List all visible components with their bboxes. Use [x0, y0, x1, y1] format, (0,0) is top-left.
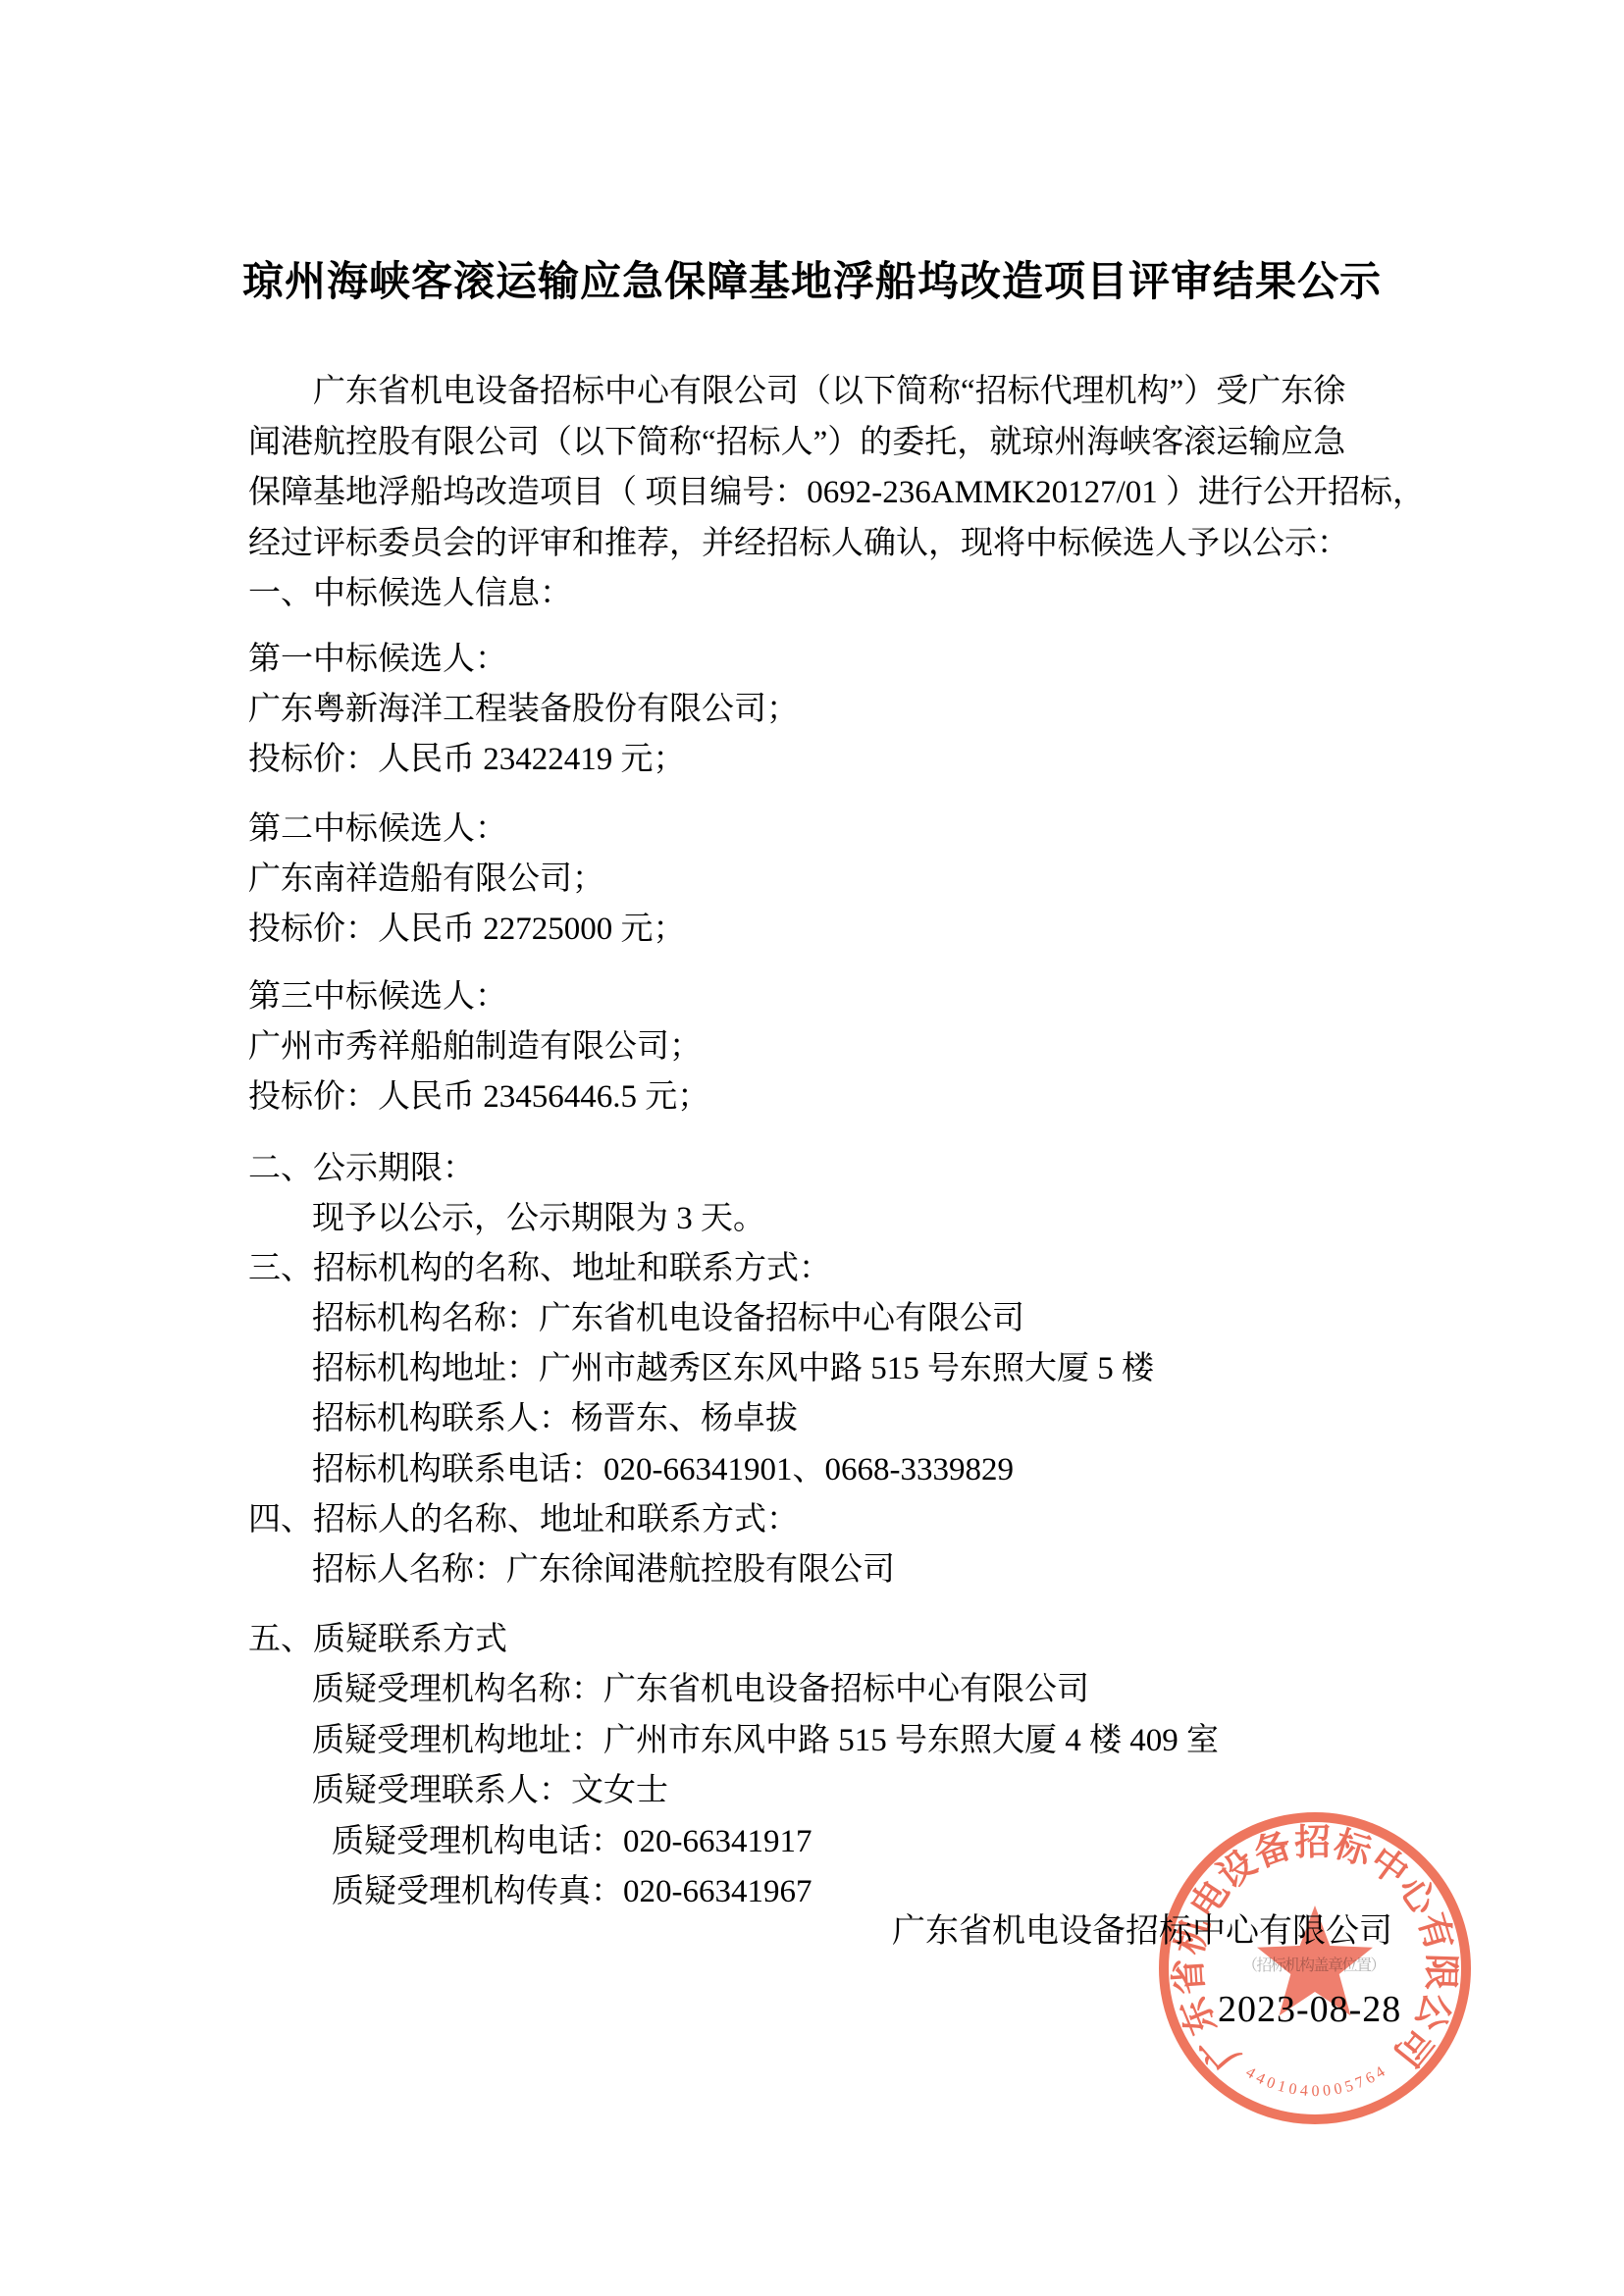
stamp-serial: 4401040005764 [1243, 2061, 1391, 2100]
query-org-name-line: 质疑受理机构名称：广东省机电设备招标中心有限公司 [248, 1665, 1465, 1715]
section2-heading: 二、公示期限： [248, 1144, 1465, 1194]
signature-date: 2023-08-28 [1218, 1988, 1401, 2031]
agency-contact-line: 招标机构联系人：杨晋东、杨卓拔 [248, 1394, 1465, 1444]
candidate-company: 广东南祥造船有限公司； [248, 855, 1465, 905]
tenderee-name-line: 招标人名称：广东徐闻港航控股有限公司 [248, 1545, 1465, 1595]
agency-name-line: 招标机构名称：广东省机电设备招标中心有限公司 [248, 1294, 1465, 1344]
section2-body: 现予以公示，公示期限为 3 天。 [248, 1194, 1465, 1244]
intro-paragraph: 广东省机电设备招标中心有限公司（以下简称“招标代理机构”）受广东徐 闻港航控股有… [248, 367, 1465, 620]
intro-line: 广东省机电设备招标中心有限公司（以下简称“招标代理机构”）受广东徐 [248, 367, 1465, 418]
candidate-company: 广东粤新海洋工程装备股份有限公司； [248, 685, 1465, 735]
agency-address-line: 招标机构地址：广州市越秀区东风中路 515 号东照大厦 5 楼 [248, 1344, 1465, 1394]
candidate-bid: 投标价：人民币 22725000 元； [248, 905, 1465, 955]
section3-heading: 三、招标机构的名称、地址和联系方式： [248, 1244, 1465, 1294]
candidate-block-3: 第三中标候选人： 广州市秀祥船舶制造有限公司； 投标价：人民币 23456446… [248, 972, 1465, 1122]
candidate-rank: 第一中标候选人： [248, 635, 1465, 685]
query-org-address-line: 质疑受理机构地址：广州市东风中路 515 号东照大厦 4 楼 409 室 [248, 1716, 1465, 1766]
intro-line: 经过评标委员会的评审和推荐，并经招标人确认，现将中标候选人予以公示： [248, 519, 1465, 570]
document-title: 琼州海峡客滚运输应急保障基地浮船坞改造项目评审结果公示 [0, 249, 1624, 308]
official-stamp: 广东省机电设备招标中心有限公司 4401040005764 [1148, 1801, 1482, 2135]
document-page: 琼州海峡客滚运输应急保障基地浮船坞改造项目评审结果公示 广东省机电设备招标中心有… [0, 0, 1624, 2296]
section5-heading: 五、质疑联系方式 [248, 1615, 1465, 1665]
candidate-bid: 投标价：人民币 23456446.5 元； [248, 1072, 1465, 1122]
candidate-company: 广州市秀祥船舶制造有限公司； [248, 1022, 1465, 1072]
section1-heading: 一、中标候选人信息： [248, 569, 1465, 620]
intro-line: 闻港航控股有限公司（以下简称“招标人”）的委托，就琼州海峡客滚运输应急 [248, 418, 1465, 469]
candidate-rank: 第三中标候选人： [248, 972, 1465, 1022]
agency-phone-line: 招标机构联系电话：020-66341901、0668-3339829 [248, 1445, 1465, 1495]
sections-two-three-four: 二、公示期限： 现予以公示，公示期限为 3 天。 三、招标机构的名称、地址和联系… [248, 1144, 1465, 1595]
candidate-bid: 投标价：人民币 23422419 元； [248, 735, 1465, 785]
candidate-rank: 第二中标候选人： [248, 805, 1465, 855]
section4-heading: 四、招标人的名称、地址和联系方式： [248, 1495, 1465, 1545]
intro-line: 保障基地浮船坞改造项目（ 项目编号：0692-236AMMK20127/01 ）… [248, 468, 1465, 519]
candidate-block-1: 第一中标候选人： 广东粤新海洋工程装备股份有限公司； 投标价：人民币 23422… [248, 635, 1465, 785]
stamp-serial-holder: 4401040005764 [1243, 2061, 1391, 2100]
candidate-block-2: 第二中标候选人： 广东南祥造船有限公司； 投标价：人民币 22725000 元； [248, 805, 1465, 955]
